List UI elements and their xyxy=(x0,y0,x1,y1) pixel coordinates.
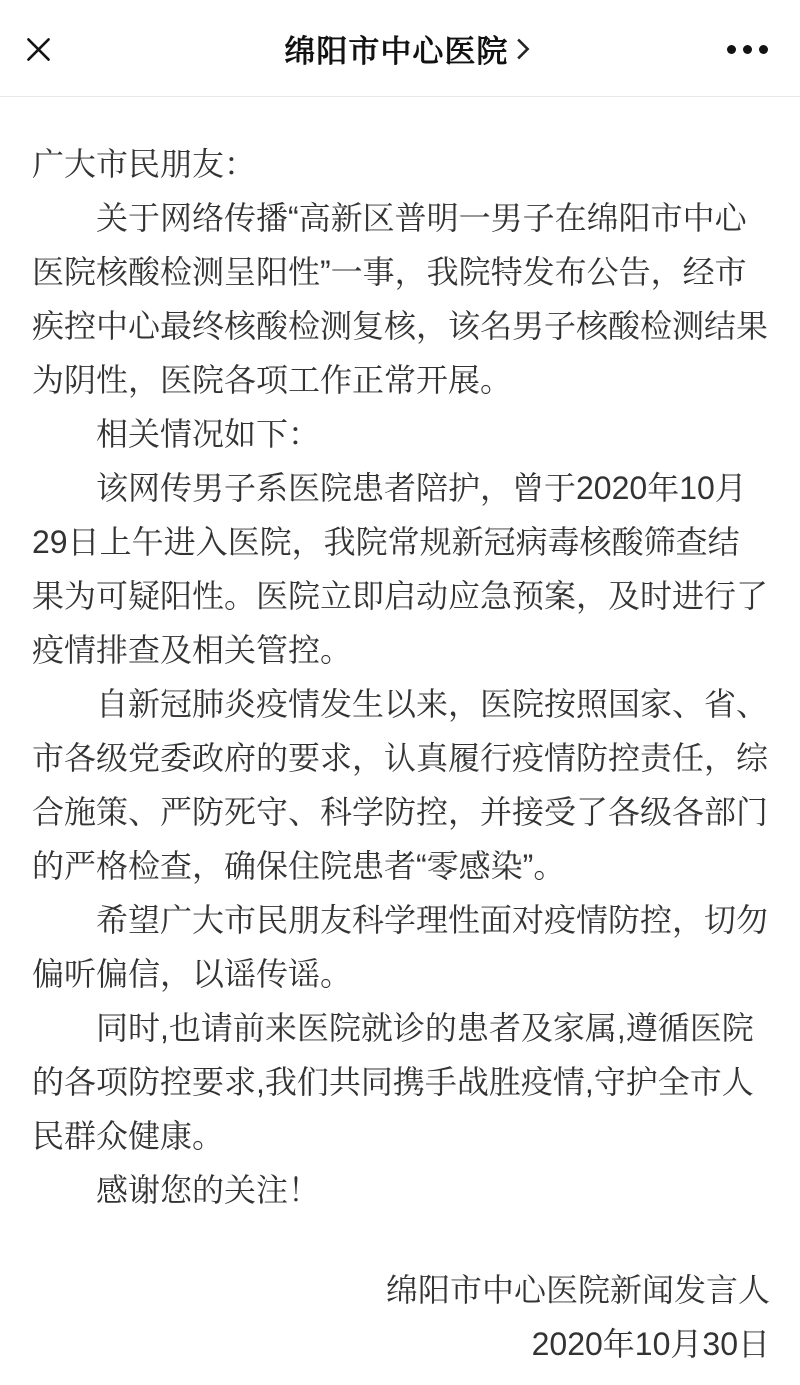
paragraph: 该网传男子系医院患者陪护，曾于2020年10月29日上午进入医院，我院常规新冠病… xyxy=(32,461,770,677)
close-icon xyxy=(23,34,54,65)
ellipsis-icon xyxy=(727,45,768,54)
chevron-right-icon xyxy=(515,36,530,62)
paragraph: 希望广大市民朋友科学理性面对疫情防控，切勿偏听偏信，以谣传谣。 xyxy=(32,893,770,1001)
signature-name: 绵阳市中心医院新闻发言人 xyxy=(32,1263,770,1317)
close-button[interactable] xyxy=(20,31,56,67)
page-title: 绵阳市中心医院 xyxy=(284,26,508,71)
appbar: 绵阳市中心医院 xyxy=(0,0,800,97)
paragraph: 相关情况如下： xyxy=(32,407,770,461)
article-body: 广大市民朋友： 关于网络传播“高新区普明一男子在绵阳市中心医院核酸检测呈阳性”一… xyxy=(0,97,800,1371)
salutation: 广大市民朋友： xyxy=(32,137,770,191)
more-menu-button[interactable] xyxy=(727,31,768,67)
paragraph: 关于网络传播“高新区普明一男子在绵阳市中心医院核酸检测呈阳性”一事，我院特发布公… xyxy=(32,191,770,407)
signature-date: 2020年10月30日 xyxy=(32,1317,770,1371)
paragraph: 自新冠肺炎疫情发生以来，医院按照国家、省、市各级党委政府的要求，认真履行疫情防控… xyxy=(32,677,770,893)
account-title-link[interactable]: 绵阳市中心医院 xyxy=(284,0,530,97)
paragraph: 同时,也请前来医院就诊的患者及家属,遵循医院的各项防控要求,我们共同携手战胜疫情… xyxy=(32,1001,770,1163)
paragraph: 感谢您的关注！ xyxy=(32,1163,770,1217)
signature-block: 绵阳市中心医院新闻发言人 2020年10月30日 xyxy=(32,1263,770,1371)
